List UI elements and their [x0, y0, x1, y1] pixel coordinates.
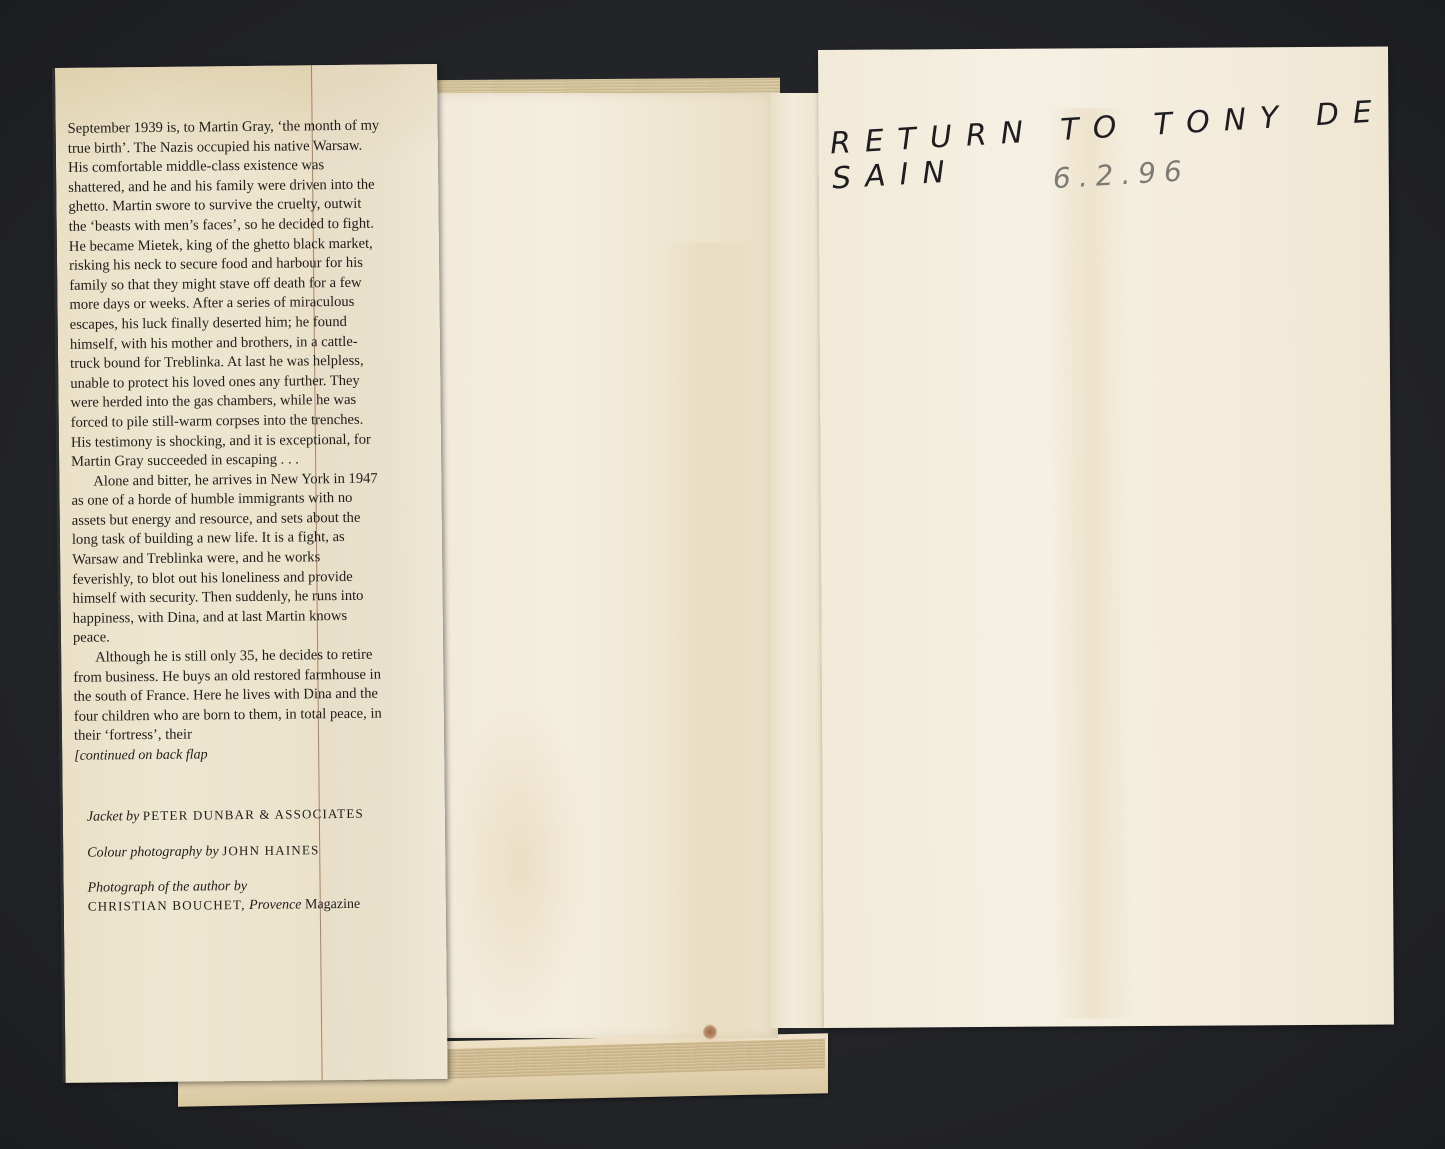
credit-jacket-name: PETER DUNBAR & ASSOCIATES	[143, 806, 364, 823]
credit-jacket-label: Jacket by	[87, 809, 140, 825]
blurb-paragraph-3: Although he is still only 35, he decides…	[73, 646, 386, 747]
free-endpaper-page: RETURN TO TONY DE SAIN 6.2.96	[818, 47, 1394, 1028]
credit-colour-name: JOHN HAINES	[222, 842, 319, 858]
credit-publication-rest: Magazine	[305, 897, 360, 913]
left-pastedown-endpaper	[420, 93, 778, 1038]
handwritten-date: 6.2.96	[1052, 154, 1191, 195]
blurb-paragraph-2: Alone and bitter, he arrives in New York…	[71, 469, 385, 649]
flap-blurb: September 1939 is, to Martin Gray, ‘the …	[68, 117, 387, 767]
credit-author-photo-line2: CHRISTIAN BOUCHET, Provence Magazine	[88, 894, 418, 916]
credit-author-photo-label: Photograph of the author by	[88, 879, 248, 896]
credit-colour: Colour photography by JOHN HAINES	[87, 840, 417, 862]
jacket-front-flap: September 1939 is, to Martin Gray, ‘the …	[52, 64, 448, 1083]
credit-colour-label: Colour photography by	[87, 844, 219, 860]
book-photo-scene: RETURN TO TONY DE SAIN 6.2.96 September …	[0, 0, 1445, 1149]
credit-publication: Provence	[249, 897, 301, 913]
credit-author-photo-name: CHRISTIAN BOUCHET,	[88, 897, 246, 914]
foxing-stain	[703, 1024, 717, 1040]
book-gutter	[770, 93, 826, 1028]
flap-credits: Jacket by PETER DUNBAR & ASSOCIATES Colo…	[87, 804, 418, 933]
credit-jacket: Jacket by PETER DUNBAR & ASSOCIATES	[87, 804, 417, 826]
continued-note: [continued on back flap	[74, 744, 386, 767]
blurb-paragraph-1: September 1939 is, to Martin Gray, ‘the …	[68, 117, 384, 473]
